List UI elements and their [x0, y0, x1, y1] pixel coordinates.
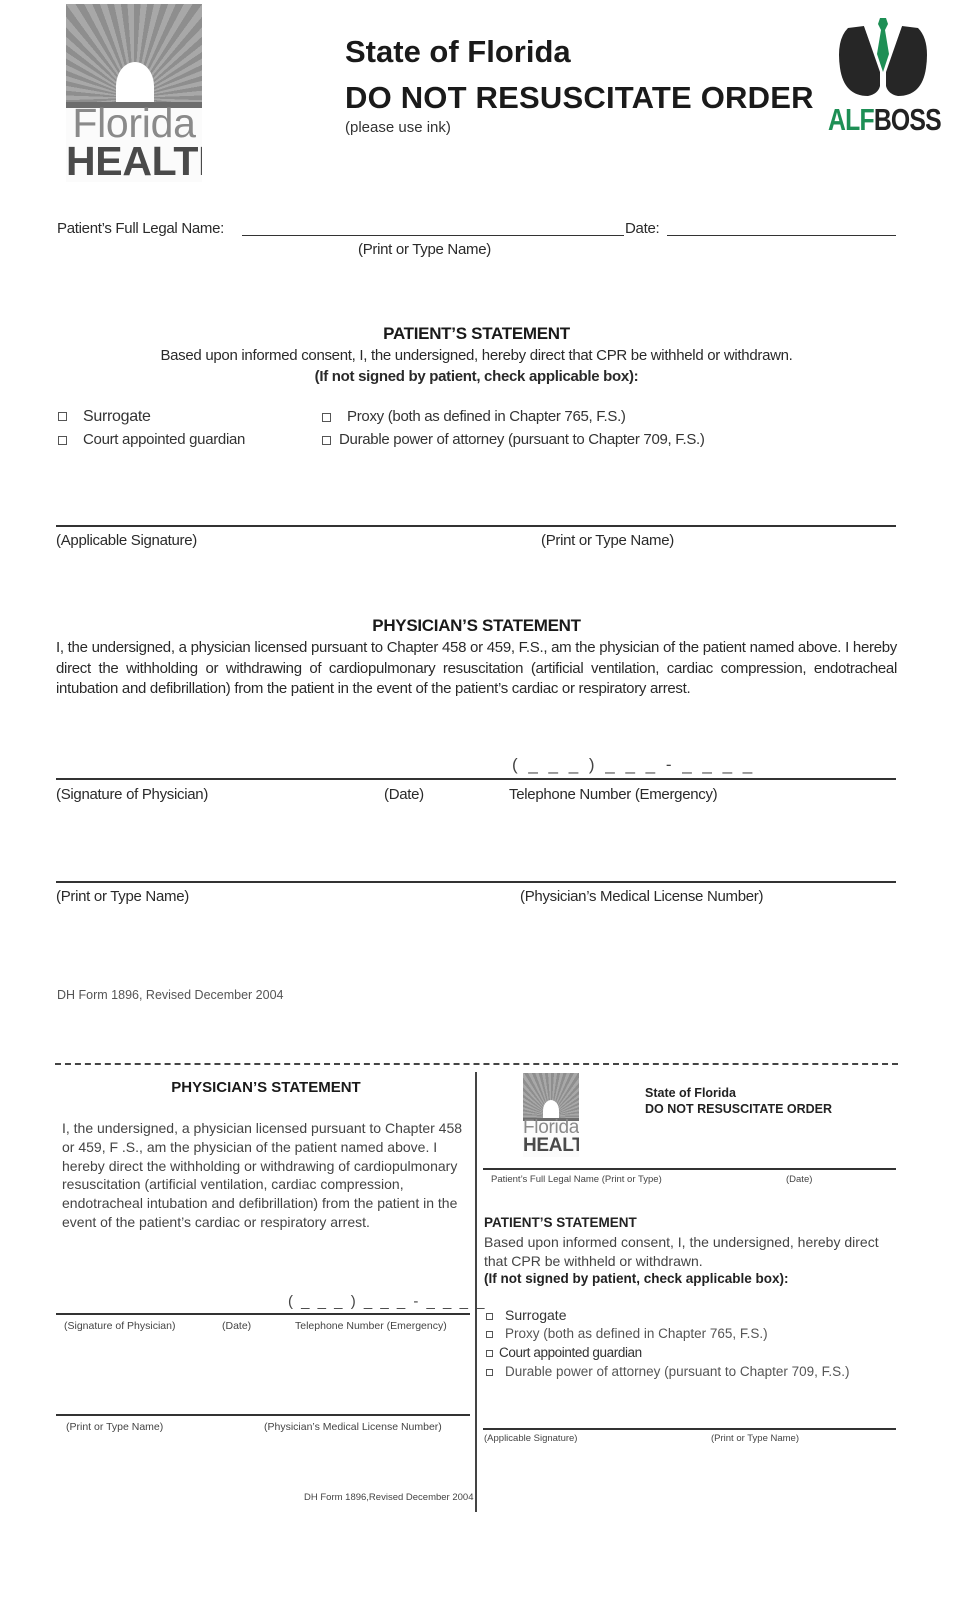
applicable-signature-field[interactable]: [56, 525, 896, 527]
physician-signature-field[interactable]: [56, 778, 896, 780]
card-patient-name-field[interactable]: [483, 1168, 896, 1170]
florida-health-logo: Florida HEALTH: [66, 4, 202, 182]
physician-signature-label: (Signature of Physician): [56, 786, 208, 803]
patient-name-label: Patient’s Full Legal Name:: [57, 220, 224, 237]
card-checkbox-surrogate[interactable]: [486, 1313, 493, 1320]
card-physician-signature-label: (Signature of Physician): [64, 1320, 175, 1332]
option-durable-poa[interactable]: Durable power of attorney (pursuant to C…: [322, 431, 705, 448]
physician-phone-label: Telephone Number (Emergency): [509, 786, 717, 803]
patient-name-sublabel: (Print or Type Name): [358, 241, 491, 258]
card-checkbox-proxy[interactable]: [486, 1331, 493, 1338]
card-patient-date-label: (Date): [786, 1174, 812, 1185]
card-patient-heading: PATIENT’S STATEMENT: [484, 1215, 637, 1230]
card-florida-health-logo: Florida HEALTH: [523, 1073, 579, 1157]
card-patient-name-label: Patient’s Full Legal Name (Print or Type…: [491, 1174, 662, 1185]
physician-print-name-label: (Print or Type Name): [56, 888, 189, 905]
option-court-guardian[interactable]: Court appointed guardian: [58, 431, 245, 448]
patient-statement-body: Based upon informed consent, I, the unde…: [0, 347, 953, 364]
card-divider: [475, 1072, 477, 1512]
card-option-court-guardian[interactable]: Court appointed guardian: [486, 1345, 642, 1360]
card-phone-placeholder[interactable]: ( _ _ _ ) _ _ _ - _ _ _ _: [288, 1293, 486, 1310]
checkbox-proxy[interactable]: [322, 413, 331, 422]
physician-date-label: (Date): [384, 786, 424, 803]
card-form-id: DH Form 1896,Revised December 2004: [304, 1492, 474, 1503]
card-patient-body: Based upon informed consent, I, the unde…: [484, 1233, 879, 1271]
card-physician-signature-field[interactable]: [56, 1313, 470, 1315]
card-checkbox-durable-poa[interactable]: [486, 1369, 493, 1376]
card-physician-print-name-field[interactable]: [56, 1414, 470, 1416]
card-title-dnr: DO NOT RESUSCITATE ORDER: [645, 1102, 832, 1116]
card-applicable-signature-field[interactable]: [483, 1428, 896, 1430]
card-option-surrogate[interactable]: Surrogate: [486, 1307, 566, 1323]
checkbox-court-guardian[interactable]: [58, 436, 67, 445]
card-physician-phone-label: Telephone Number (Emergency): [295, 1320, 447, 1332]
checkbox-surrogate[interactable]: [58, 412, 67, 421]
physician-statement-heading: PHYSICIAN’S STATEMENT: [0, 616, 953, 636]
patient-print-name-label: (Print or Type Name): [541, 532, 674, 549]
title-state: State of Florida: [345, 34, 571, 70]
card-title-state: State of Florida: [645, 1086, 736, 1100]
patient-name-field[interactable]: [242, 235, 624, 236]
suit-icon: [828, 10, 938, 106]
physician-license-label: (Physician’s Medical License Number): [520, 888, 763, 905]
alfboss-logo: ALFBOSS: [828, 10, 938, 138]
sun-icon: [116, 62, 154, 102]
card-patient-print-name-label: (Print or Type Name): [711, 1433, 799, 1444]
checkbox-durable-poa[interactable]: [322, 436, 331, 445]
applicable-signature-label: (Applicable Signature): [56, 532, 197, 549]
card-option-durable-poa[interactable]: Durable power of attorney (pursuant to C…: [486, 1364, 849, 1379]
cut-line: [55, 1063, 898, 1065]
ink-note: (please use ink): [345, 119, 451, 136]
option-proxy[interactable]: Proxy (both as defined in Chapter 765, F…: [322, 408, 626, 425]
physician-phone-placeholder[interactable]: ( _ _ _ ) _ _ _ - _ _ _ _: [512, 755, 755, 775]
patient-statement-heading: PATIENT’S STATEMENT: [0, 324, 953, 344]
logo-word-health: HEALTH: [66, 138, 202, 182]
card-applicable-signature-label: (Applicable Signature): [484, 1433, 577, 1444]
page-title: DO NOT RESUSCITATE ORDER: [345, 80, 814, 116]
card-option-proxy[interactable]: Proxy (both as defined in Chapter 765, F…: [486, 1326, 768, 1341]
card-physician-body: I, the undersigned, a physician licensed…: [62, 1119, 472, 1232]
sun-icon: [543, 1100, 559, 1118]
card-physician-license-label: (Physician’s Medical License Number): [264, 1421, 442, 1433]
form-id: DH Form 1896, Revised December 2004: [57, 988, 284, 1002]
physician-statement-body: I, the undersigned, a physician licensed…: [56, 638, 897, 700]
card-physician-print-name-label: (Print or Type Name): [66, 1421, 163, 1433]
date-field[interactable]: [667, 235, 896, 236]
physician-print-name-field[interactable]: [56, 881, 896, 883]
alfboss-wordmark: ALFBOSS: [828, 102, 941, 138]
card-physician-date-label: (Date): [222, 1320, 251, 1332]
patient-statement-instruction: (If not signed by patient, check applica…: [0, 368, 953, 385]
card-checkbox-court-guardian[interactable]: [486, 1350, 493, 1357]
card-physician-heading: PHYSICIAN’S STATEMENT: [56, 1079, 476, 1096]
date-label: Date:: [625, 220, 659, 237]
card-patient-instruction: (If not signed by patient, check applica…: [484, 1271, 789, 1286]
option-surrogate[interactable]: Surrogate: [58, 408, 151, 426]
